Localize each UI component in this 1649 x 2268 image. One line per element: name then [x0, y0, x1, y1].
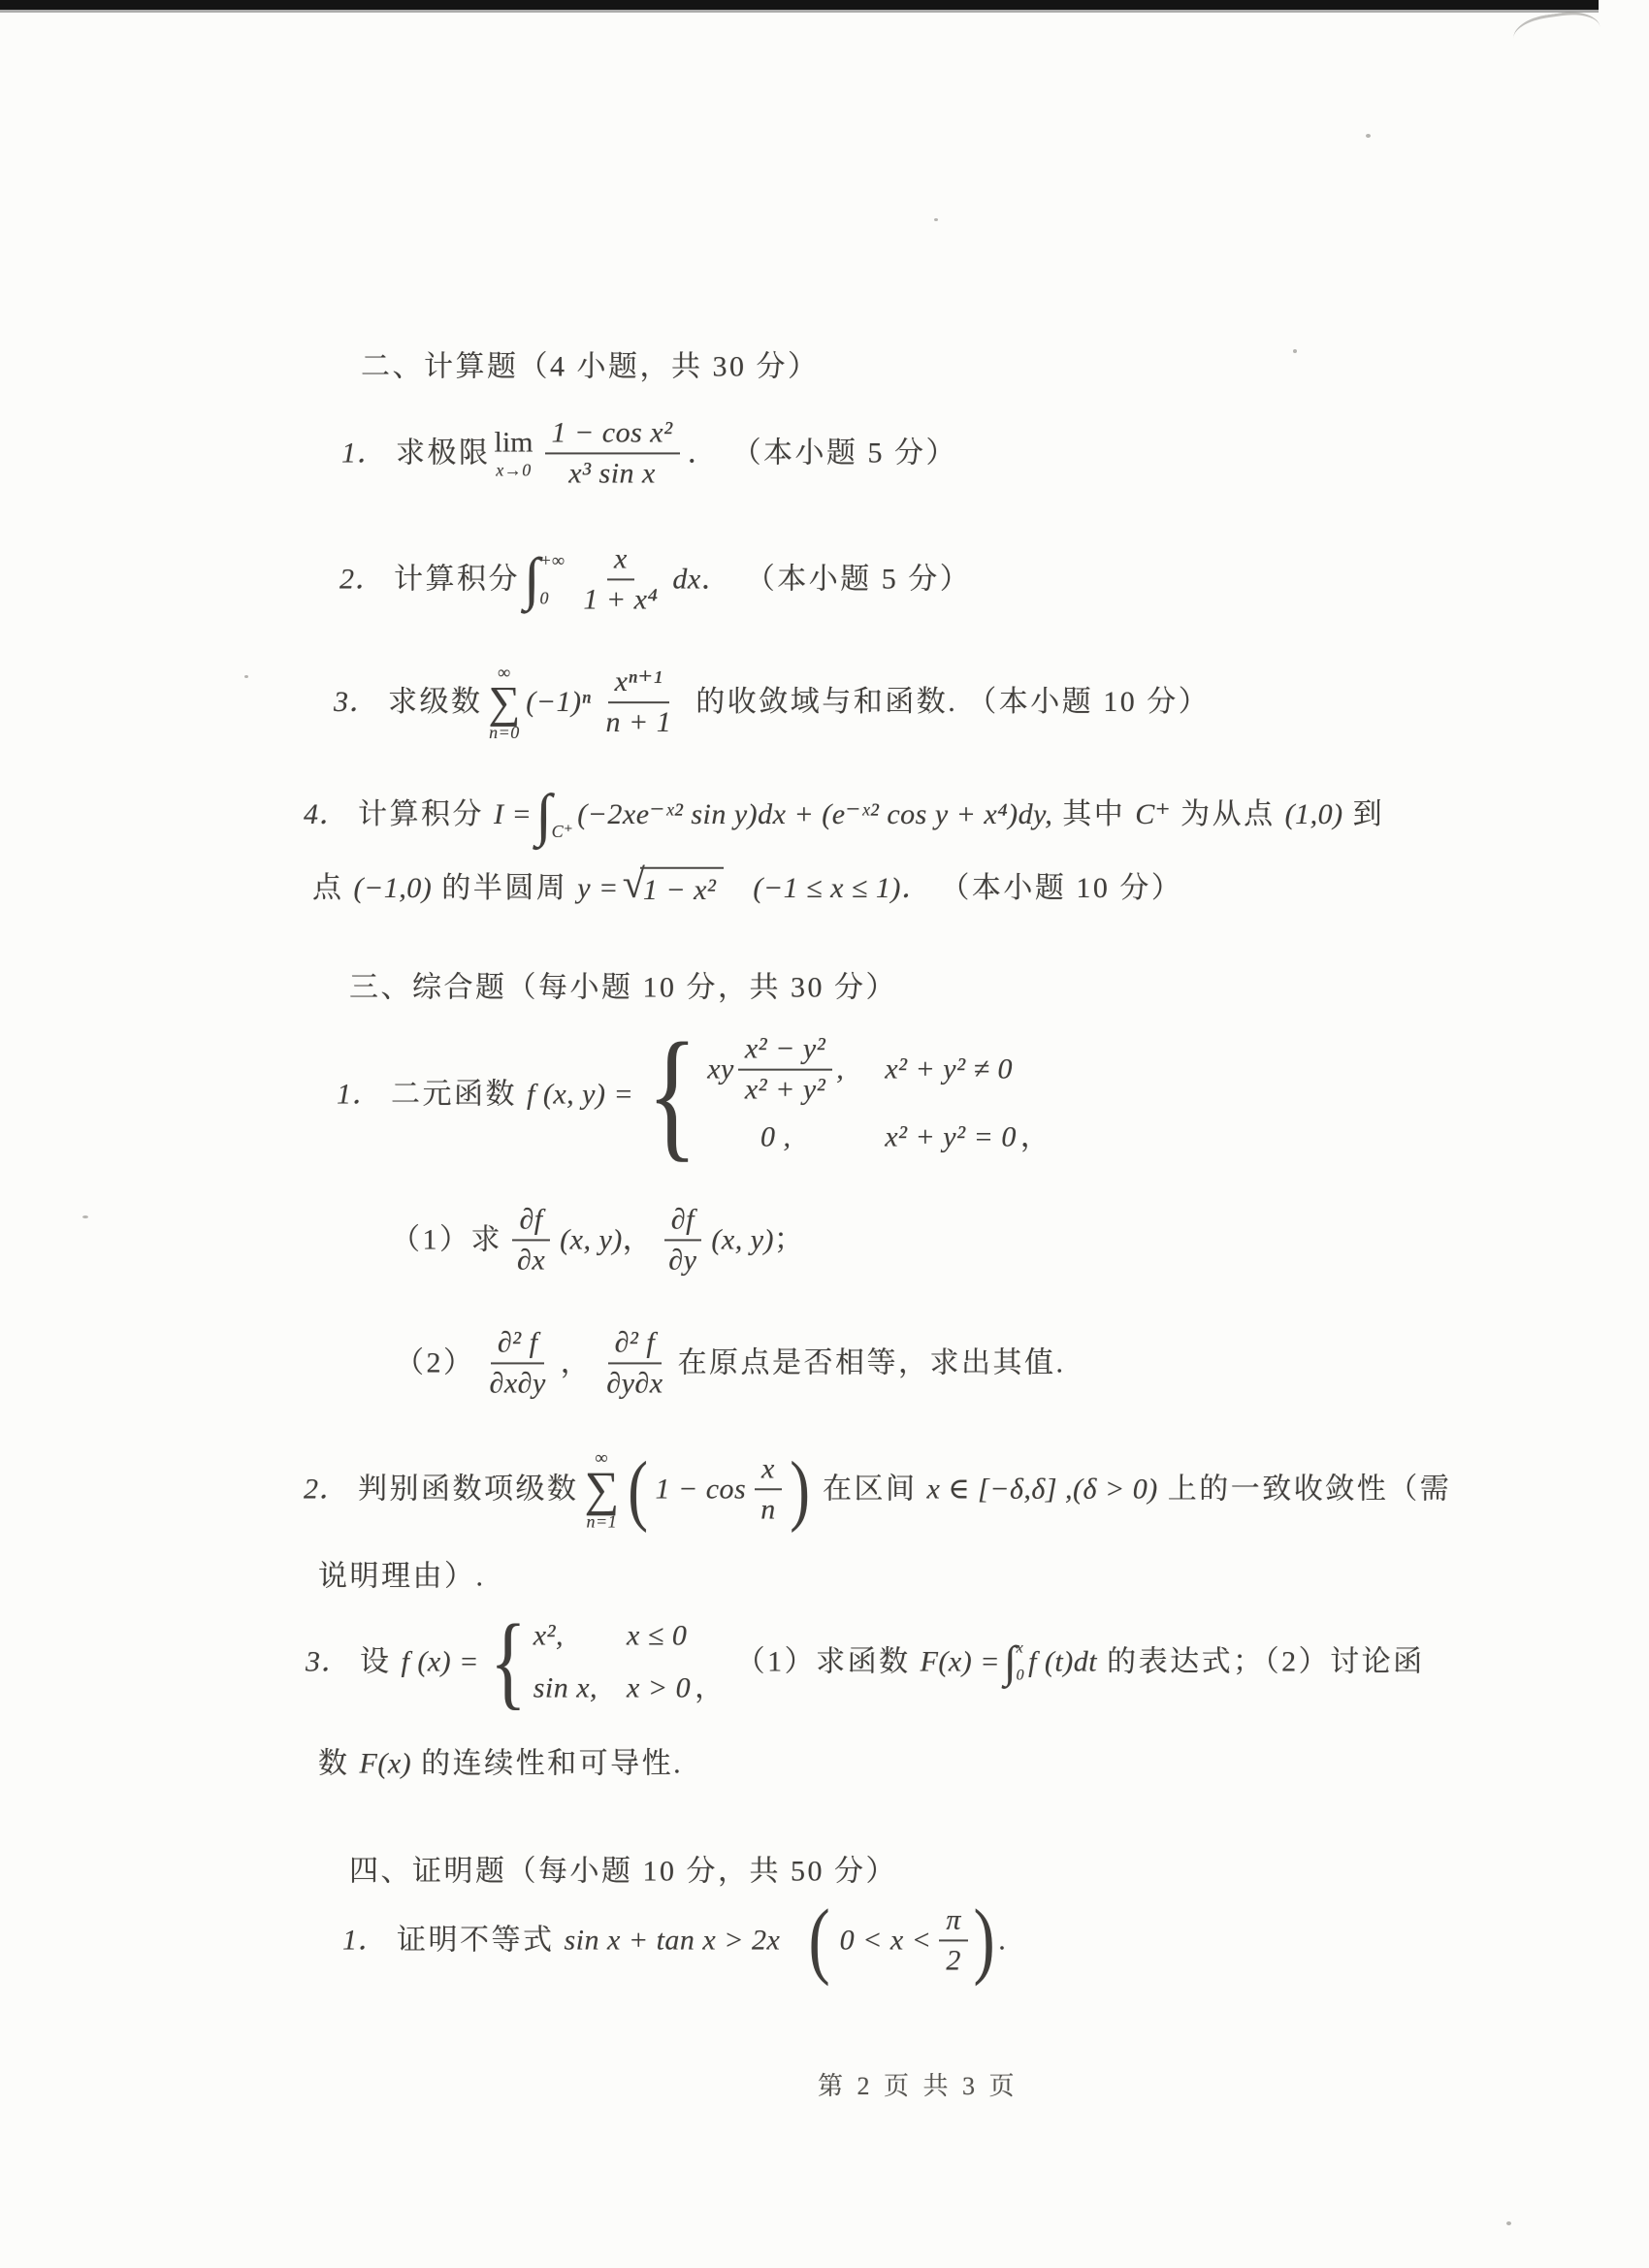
fraction-denominator: ∂x: [510, 1241, 552, 1277]
square-root: √ 1 − x²: [623, 867, 725, 909]
dx-term: dx: [672, 561, 700, 598]
function-symbol: F(x): [360, 1745, 412, 1782]
problem-text: 的连续性和可导性.: [421, 1745, 683, 1782]
curve-symbol: C⁺: [1135, 796, 1171, 833]
problem-text: 的表达式；（2）讨论函: [1107, 1643, 1425, 1680]
condition-text: 0 < x <: [840, 1922, 932, 1959]
problem-text: 计算积分: [394, 561, 520, 598]
sum-symbol: ∑: [489, 681, 521, 724]
section-4-title: 四、证明题（每小题 10 分，共 50 分）: [349, 1853, 897, 1890]
interval-expression: x ∈ [−δ,δ] ,(δ > 0): [927, 1471, 1158, 1507]
problem-number: 2．: [304, 1471, 348, 1507]
problem-text: 上的一致收敛性（需: [1168, 1471, 1452, 1507]
trailing-comma: ，: [1020, 1119, 1052, 1156]
case-1-comma: ,: [836, 1052, 844, 1088]
fraction-numerator: ∂² f: [491, 1326, 545, 1364]
problem-3-3-line1: 3． 设 f (x) = { x², x ≤ 0 sin x, x > 0 ， …: [306, 1618, 1425, 1706]
problem-text: 说明理由）.: [318, 1558, 486, 1595]
problem-number: 2．: [339, 561, 384, 598]
fraction-numerator: π: [939, 1903, 968, 1941]
antiderivative-equals: F(x) =: [921, 1643, 1000, 1680]
subpart-label: （2）: [395, 1345, 475, 1381]
problem-number: 3．: [334, 684, 378, 721]
case-2-condition: x² + y² = 0: [885, 1119, 1017, 1156]
scan-artifact-curl: [1511, 8, 1603, 58]
page-number-footer: 第 2 页 共 3 页: [818, 2066, 1018, 2102]
problem-number: 1．: [337, 1076, 381, 1113]
integral-lower: 0: [539, 588, 565, 610]
problem-text: 证明不等式: [397, 1922, 555, 1959]
problem-number: 3．: [306, 1643, 350, 1680]
scan-speck: [244, 675, 248, 678]
fraction-denominator: 2: [939, 1941, 968, 1977]
fraction-denominator: n + 1: [598, 703, 678, 739]
integral-symbol: ∫: [535, 791, 551, 840]
fraction-numerator: 1 − cos x²: [545, 416, 680, 454]
fraction-denominator: ∂y: [662, 1241, 703, 1277]
section-2-heading: 二、计算题（4 小题，共 30 分）: [361, 348, 820, 385]
integral-name: I =: [494, 796, 532, 833]
problem-number: 4．: [304, 796, 348, 833]
scanner-edge-bar: [0, 0, 1599, 10]
problem-text: 在原点是否相等，求出其值.: [678, 1345, 1066, 1381]
fraction-denominator: x² + y²: [738, 1070, 832, 1106]
fraction-numerator: x: [607, 542, 634, 580]
problem-3-1-part1: （1）求 ∂f ∂x (x, y) ， ∂f ∂y (x, y) ；: [391, 1203, 806, 1276]
scan-speck: [934, 218, 938, 221]
fraction-denominator: n: [754, 1490, 783, 1526]
fraction: 1 − cos x² x³ sin x: [545, 416, 680, 489]
fraction-numerator: ∂f: [664, 1203, 701, 1241]
fraction-denominator: x³ sin x: [562, 454, 663, 490]
integral-lower: C⁺: [552, 821, 574, 843]
separator-comma: ，: [623, 1221, 655, 1258]
integral-operator: ∫ +∞ 0: [524, 549, 565, 609]
integral-operator: ∫ C⁺: [535, 788, 573, 842]
problem-2-2: 2． 计算积分 ∫ +∞ 0 x 1 + x⁴ dx ． （本小题 5 分）: [339, 542, 971, 615]
mixed-partial-xy: ∂² f ∂x∂y: [483, 1326, 553, 1399]
problem-text: 为从点: [1180, 796, 1276, 833]
integral-limits: +∞ 0: [539, 549, 565, 609]
partial-derivative-x: ∂f ∂x: [510, 1203, 552, 1276]
case-1-prefix: xy: [707, 1052, 734, 1088]
scanner-edge-shadow: [0, 10, 1599, 13]
problem-text: 的半圆周: [441, 869, 567, 906]
subpart-text: （1）求函数: [736, 1643, 911, 1680]
separator-comma: ，: [561, 1345, 593, 1381]
fraction-numerator: ∂f: [512, 1203, 549, 1241]
problem-text: 数: [318, 1745, 350, 1782]
cases-grid: x², x ≤ 0 sin x, x > 0: [533, 1618, 691, 1706]
problem-3-2-line1: 2． 判别函数项级数 ∞ ∑ n=1 ( 1 − cos x n ) 在区间 x…: [304, 1448, 1451, 1530]
integral-limits: x 0: [1017, 1638, 1025, 1685]
case-1-expression: xy x² − y² x² + y² ,: [707, 1033, 844, 1106]
fraction: x n: [754, 1452, 783, 1525]
lim-symbol: lim: [495, 428, 533, 457]
problem-text: 设: [360, 1643, 392, 1680]
function-equals: f (x) =: [402, 1643, 479, 1680]
integral-upper: +∞: [539, 549, 565, 571]
integral-lower: 0: [1017, 1666, 1025, 1685]
fraction: x 1 + x⁴: [576, 542, 664, 615]
subpart-label: （1）求: [391, 1221, 502, 1258]
scan-speck: [1366, 134, 1371, 138]
radicand: 1 − x²: [640, 867, 725, 909]
case-2-condition: x > 0: [627, 1669, 691, 1706]
fraction-numerator: ∂² f: [608, 1326, 663, 1364]
sum-lower: n=1: [587, 1512, 618, 1530]
integrand: f (t)dt: [1028, 1643, 1097, 1680]
series-coefficient: (−1)ⁿ: [526, 684, 591, 721]
point-end: (−1,0): [354, 869, 433, 906]
series-term: 1 − cos: [655, 1471, 746, 1507]
integral-symbol: ∫: [1004, 1642, 1017, 1680]
problem-text: 求级数: [388, 684, 483, 721]
case-2-expression: 0 ,: [707, 1119, 844, 1156]
problem-text: 计算积分: [358, 796, 484, 833]
case-1-condition: x ≤ 0: [627, 1618, 691, 1655]
problem-number: 1．: [342, 1922, 387, 1959]
problem-3-3-line2: 数 F(x) 的连续性和可导性.: [318, 1745, 683, 1782]
integral-upper: x: [1017, 1638, 1025, 1658]
summation-operator: ∞ ∑ n=0: [489, 664, 521, 741]
problem-text: 判别函数项级数: [358, 1471, 579, 1507]
limit-operator: lim x→0: [495, 428, 533, 478]
section-3-heading: 三、综合题（每小题 10 分，共 30 分）: [349, 969, 897, 1006]
scan-speck: [1506, 2221, 1511, 2225]
page-number-text: 第 2 页 共 3 页: [818, 2072, 1018, 2100]
exam-page: 二、计算题（4 小题，共 30 分） 1． 求极限 lim x→0 1 − co…: [0, 0, 1649, 2268]
period: ．: [688, 435, 717, 471]
problem-3-1: 1． 二元函数 f (x, y) = { xy x² − y² x² + y² …: [337, 1033, 1051, 1156]
end-semicolon: ；: [774, 1221, 806, 1258]
domain-range: (−1 ≤ x ≤ 1)．: [753, 869, 930, 906]
integrand-expression: (−2xe⁻ˣ² sin y)dx + (e⁻ˣ² cos y + x⁴)dy,: [577, 796, 1052, 833]
fraction-numerator: x: [755, 1452, 782, 1490]
fraction-denominator: ∂y∂x: [599, 1364, 669, 1400]
integral-symbol: ∫: [524, 555, 539, 604]
case-1-expression: x²,: [533, 1618, 598, 1655]
curve-equation: y =: [577, 869, 619, 906]
problem-text: 二元函数: [391, 1076, 517, 1113]
problem-text: 求极限: [396, 435, 491, 471]
arguments: (x, y): [560, 1221, 623, 1258]
integral-limits: C⁺: [552, 788, 574, 842]
score-note: （本小题 10 分）: [967, 684, 1210, 721]
fraction: π 2: [939, 1903, 968, 1976]
arguments: (x, y): [711, 1221, 774, 1258]
case-1-condition: x² + y² ≠ 0: [885, 1052, 1017, 1088]
integral-operator: ∫ x 0: [1004, 1638, 1024, 1685]
sum-symbol: ∑: [585, 1466, 620, 1512]
cases-grid: xy x² − y² x² + y² , x² + y² ≠ 0 0 , x² …: [707, 1033, 1017, 1156]
function-equals: f (x, y) =: [527, 1076, 633, 1113]
summation-operator: ∞ ∑ n=1: [585, 1448, 620, 1530]
problem-2-4-line1: 4． 计算积分 I = ∫ C⁺ (−2xe⁻ˣ² sin y)dx + (e⁻…: [304, 788, 1384, 842]
score-note: （本小题 10 分）: [940, 869, 1182, 906]
problem-text: 在区间: [823, 1471, 918, 1507]
fraction-denominator: 1 + x⁴: [576, 580, 664, 616]
problem-text: 其中: [1062, 796, 1125, 833]
period: ．: [701, 561, 730, 598]
scan-speck: [82, 1215, 88, 1218]
fraction: x² − y² x² + y²: [738, 1033, 832, 1106]
inequality-expression: sin x + tan x > 2x: [565, 1922, 781, 1959]
fraction: xⁿ⁺¹ n + 1: [598, 665, 678, 738]
fraction-numerator: x² − y²: [738, 1033, 832, 1071]
problem-3-2-line2: 说明理由）.: [318, 1558, 486, 1595]
fraction-numerator: xⁿ⁺¹: [608, 665, 670, 703]
score-note: （本小题 5 分）: [746, 561, 972, 598]
problem-text: 的收敛域与和函数.: [695, 684, 957, 721]
partial-derivative-y: ∂f ∂y: [662, 1203, 703, 1276]
point-start: (1,0): [1285, 796, 1343, 833]
problem-number: 1．: [341, 435, 386, 471]
problem-text: 到: [1353, 796, 1385, 833]
problem-2-4-line2: 点 (−1,0) 的半圆周 y = √ 1 − x² (−1 ≤ x ≤ 1)．…: [312, 867, 1182, 909]
section-4-heading: 四、证明题（每小题 10 分，共 50 分）: [349, 1853, 897, 1890]
piecewise-cases: { xy x² − y² x² + y² , x² + y² ≠ 0 0 , x…: [637, 1033, 1017, 1156]
problem-4-1: 1． 证明不等式 sin x + tan x > 2x ( 0 < x < π …: [342, 1903, 1006, 1976]
problem-3-1-part2: （2） ∂² f ∂x∂y ， ∂² f ∂y∂x 在原点是否相等，求出其值.: [395, 1326, 1066, 1399]
piecewise-cases: { x², x ≤ 0 sin x, x > 0: [483, 1618, 691, 1706]
mixed-partial-yx: ∂² f ∂y∂x: [599, 1326, 669, 1399]
problem-2-1: 1． 求极限 lim x→0 1 − cos x² x³ sin x ． （本小…: [341, 416, 957, 489]
problem-text: 点: [312, 869, 344, 906]
lim-subscript: x→0: [496, 461, 532, 478]
problem-2-3: 3． 求级数 ∞ ∑ n=0 (−1)ⁿ xⁿ⁺¹ n + 1 的收敛域与和函数…: [334, 664, 1210, 741]
case-2-expression: sin x,: [533, 1669, 598, 1706]
section-3-title: 三、综合题（每小题 10 分，共 30 分）: [349, 969, 897, 1006]
sum-lower: n=0: [489, 724, 520, 741]
trailing-comma: ，: [695, 1669, 727, 1706]
period: .: [998, 1922, 1006, 1959]
scan-speck: [1293, 349, 1297, 353]
fraction-denominator: ∂x∂y: [483, 1364, 553, 1400]
score-note: （本小题 5 分）: [732, 435, 958, 471]
section-2-title: 二、计算题（4 小题，共 30 分）: [361, 348, 820, 385]
